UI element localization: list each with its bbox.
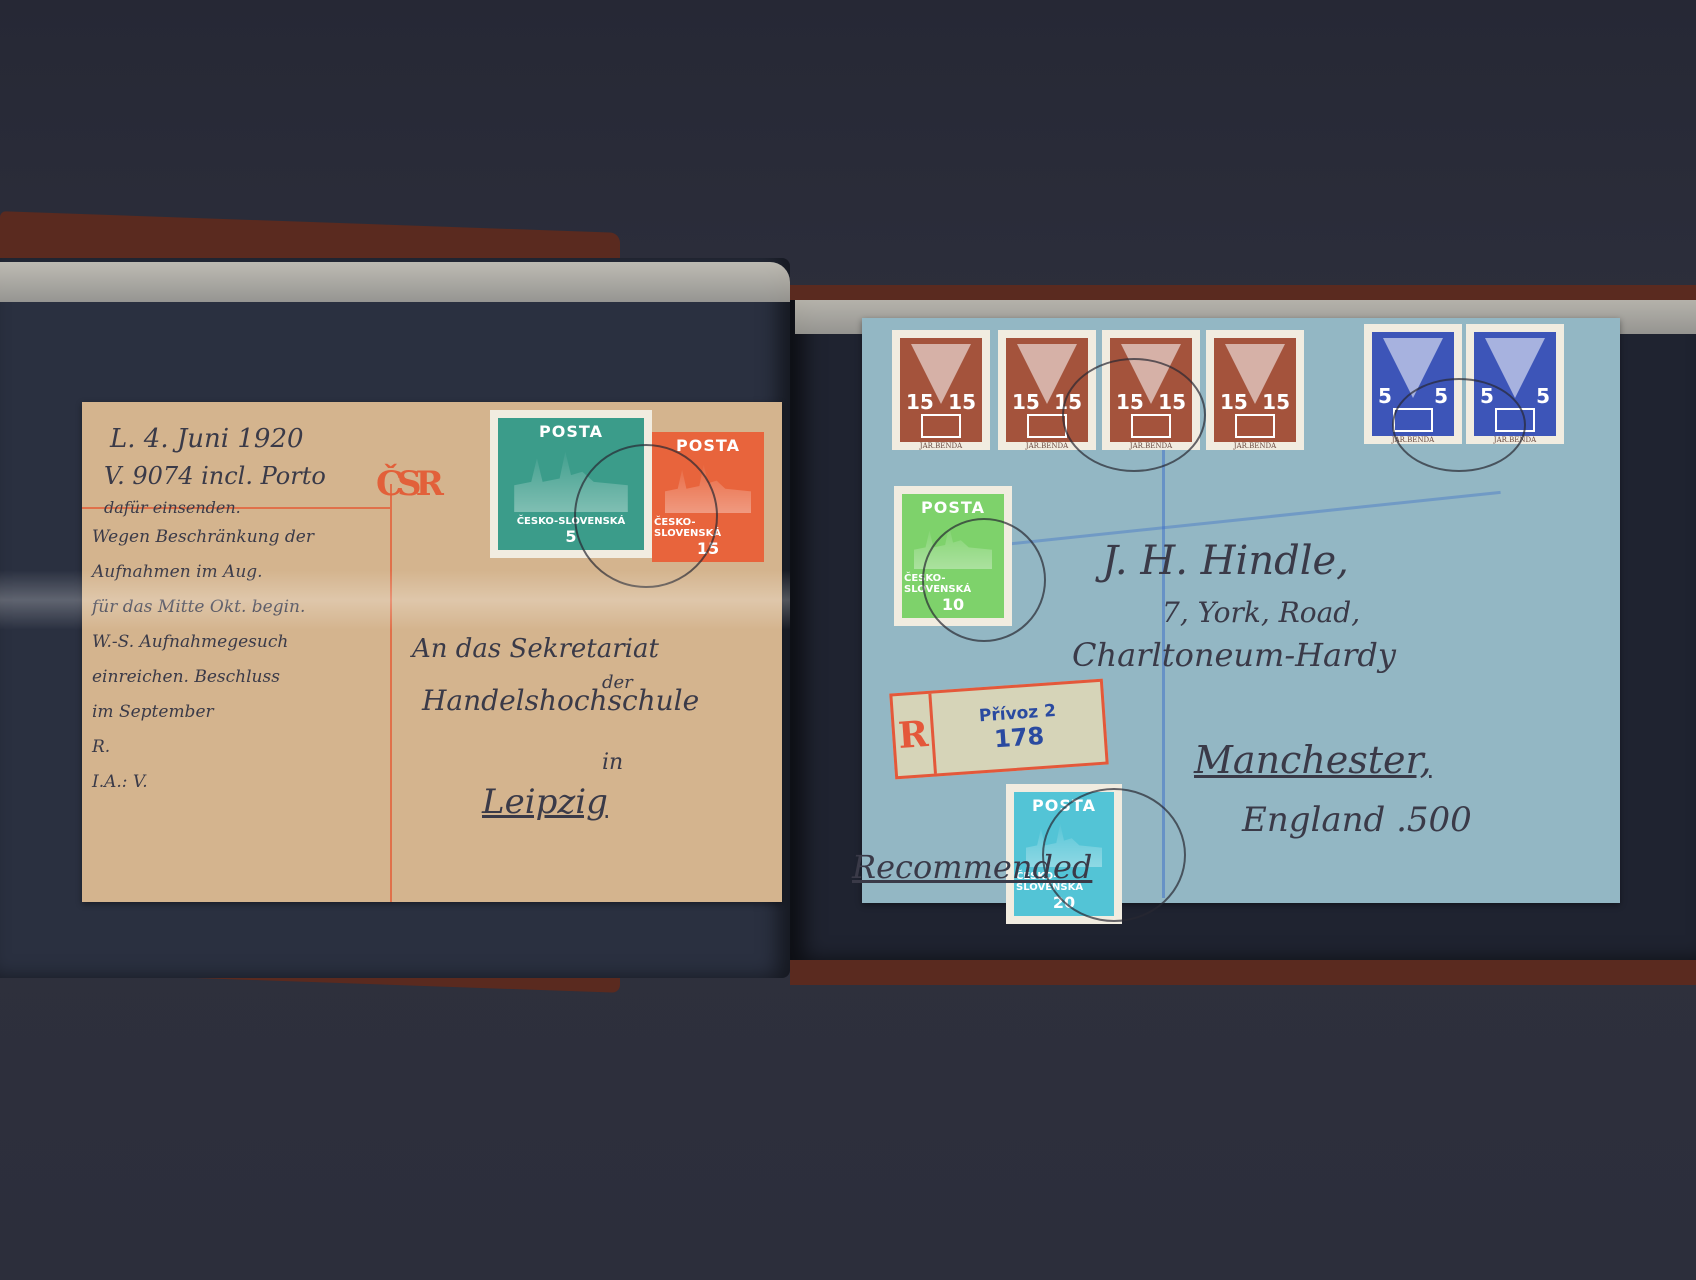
postmark-cancel [922, 518, 1046, 642]
sleeve-reflection [0, 570, 790, 630]
address-city: Manchester, [1194, 738, 1432, 782]
postcard-reference: V. 9074 incl. Porto [104, 462, 326, 490]
envelope-icon [1027, 414, 1067, 438]
csr-logo: ČSR [376, 464, 438, 504]
postmark-cancel [574, 444, 718, 588]
postcard-address-line1: An das Sekretariat [412, 634, 659, 664]
postcard-date: L. 4. Juni 1920 [110, 424, 304, 454]
postcard-reference-2: dafür einsenden. [104, 498, 241, 517]
address-locality: Charltoneum-Hardy [1072, 636, 1396, 674]
envelope-icon [921, 414, 961, 438]
address-country: England .500 [1242, 800, 1472, 840]
stamp-label: POSTA [539, 422, 603, 441]
stamp-engraver: JAR.BENDA [1206, 442, 1304, 450]
registration-r: R [892, 694, 936, 777]
postcard-address-line3: in [602, 750, 623, 775]
stamp-label: POSTA [676, 436, 740, 455]
stamp-pigeon-15: 1515JAR.BENDA [892, 330, 990, 450]
sleeve-edge-left [0, 262, 790, 302]
registration-label: R Přívoz 2 178 [889, 679, 1108, 780]
registered-note: Recommended [852, 848, 1092, 886]
registration-number: 178 [993, 722, 1045, 753]
postcard-address-city: Leipzig [482, 782, 608, 822]
stamp-pigeon-15: 1515JAR.BENDA [1206, 330, 1304, 450]
registration-office: Přívoz 2 [978, 701, 1056, 726]
envelope-icon [1235, 414, 1275, 438]
postmark-cancel [1392, 378, 1526, 472]
postmark-cancel [1062, 358, 1206, 472]
addressee-name: J. H. Hindle, [1102, 538, 1349, 584]
stamp-label: POSTA [921, 498, 985, 517]
stamp-engraver: JAR.BENDA [892, 442, 990, 450]
postcard-message: Wegen Beschränkung der Aufnahmen im Aug.… [92, 520, 314, 800]
registered-envelope: 1515JAR.BENDA 1515JAR.BENDA 1515JAR.BEND… [862, 318, 1620, 903]
postcard-divider-vertical [390, 484, 392, 902]
address-street: 7, York, Road, [1162, 596, 1360, 629]
postcard-address-line2: Handelshochschule [422, 684, 699, 717]
postcard: ČSR L. 4. Juni 1920 V. 9074 incl. Porto … [82, 402, 782, 902]
